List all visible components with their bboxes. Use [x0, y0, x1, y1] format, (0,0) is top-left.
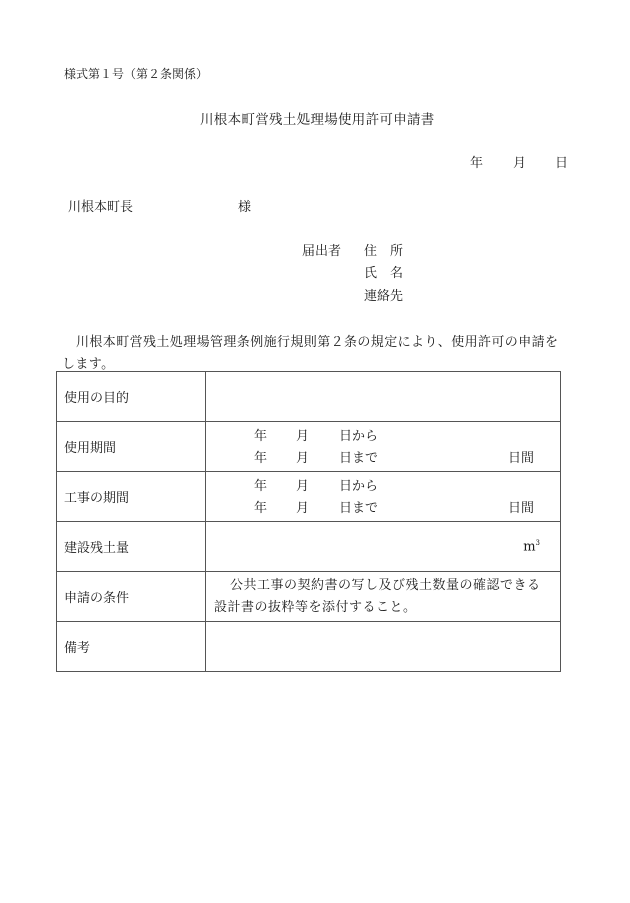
construction-period-label: 工事の期間	[57, 472, 206, 522]
applicant-label: 届出者	[302, 244, 341, 260]
construction-days-label: 日間	[508, 501, 534, 517]
form-number: 様式第１号（第２条関係）	[64, 66, 208, 82]
addressee-name: 川根本町長	[68, 200, 133, 216]
usage-days-label: 日間	[508, 451, 534, 467]
purpose-label: 使用の目的	[57, 372, 206, 422]
cubic-meter-unit: m3	[523, 539, 540, 554]
contact-label: 連絡先	[364, 289, 403, 305]
conditions-text: 公共工事の契約書の写し及び残土数量の確認できる 設計書の抜粋等を添付すること。	[206, 572, 561, 622]
purpose-field[interactable]	[206, 372, 561, 422]
address-label: 住 所	[364, 244, 403, 260]
table-row-remarks: 備考	[57, 622, 561, 672]
name-label: 氏 名	[364, 266, 403, 282]
document-title: 川根本町営残土処理場使用許可申請書	[200, 112, 435, 128]
soil-volume-field[interactable]: m3	[206, 522, 561, 572]
application-table: 使用の目的 使用期間 年 月 日から 年 月 日まで 日間 工事の期間 年 月 …	[56, 371, 561, 672]
usage-period-field[interactable]: 年 月 日から 年 月 日まで 日間	[206, 422, 561, 472]
table-row-soil-volume: 建設残土量 m3	[57, 522, 561, 572]
date-month-label: 月	[513, 156, 526, 172]
conditions-label: 申請の条件	[57, 572, 206, 622]
table-row-purpose: 使用の目的	[57, 372, 561, 422]
table-row-construction-period: 工事の期間 年 月 日から 年 月 日まで 日間	[57, 472, 561, 522]
table-row-conditions: 申請の条件 公共工事の契約書の写し及び残土数量の確認できる 設計書の抜粋等を添付…	[57, 572, 561, 622]
date-day-label: 日	[555, 156, 568, 172]
soil-volume-label: 建設残土量	[57, 522, 206, 572]
request-statement: 川根本町営残土処理場管理条例施行規則第２条の規定により、使用許可の申請をします。	[62, 332, 567, 376]
construction-period-field[interactable]: 年 月 日から 年 月 日まで 日間	[206, 472, 561, 522]
remarks-field[interactable]	[206, 622, 561, 672]
remarks-label: 備考	[57, 622, 206, 672]
table-row-usage-period: 使用期間 年 月 日から 年 月 日まで 日間	[57, 422, 561, 472]
addressee-honorific: 様	[238, 200, 251, 216]
usage-period-label: 使用期間	[57, 422, 206, 472]
date-year-label: 年	[470, 156, 483, 172]
